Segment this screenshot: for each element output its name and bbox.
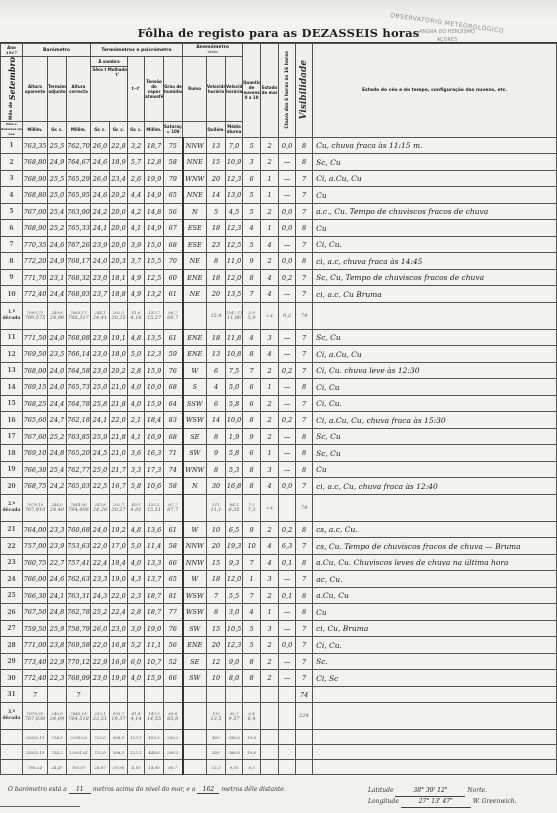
cell-diff: 4,0	[128, 379, 145, 396]
table-row: 1763,3525,5762,7026,022,83,218,775NNW137…	[1, 137, 557, 154]
cell-vel: 14	[207, 412, 226, 429]
barometer-altitude: 11	[69, 786, 91, 794]
table-row: 2768,8024,9764,6724,618,95,712,858NNE151…	[1, 154, 557, 171]
cell-rumo: WSW	[183, 604, 207, 621]
cell-vis: 7	[296, 653, 313, 670]
cell-vel2: 8,0	[226, 670, 243, 687]
cell-nuv: 8	[243, 346, 261, 363]
cell-chuva: 0,1	[279, 587, 296, 604]
monthly-seco: 24,07	[91, 760, 110, 775]
cell-seco: 23,9	[91, 329, 110, 346]
cell-vel: 15	[207, 620, 226, 637]
cell-diff: 2,3	[128, 587, 145, 604]
cell-rumo: ESE	[183, 220, 207, 237]
cell-tensao: 15,9	[145, 670, 164, 687]
cell-vel2: 7,5	[226, 362, 243, 379]
cell-alt-cor: 768,93	[67, 286, 91, 303]
cloud-amount-header: Quantidade de nuvens 0 a 10	[243, 44, 261, 138]
cell-nuv: 6	[243, 395, 261, 412]
decade-mean: 764,406	[67, 507, 90, 513]
cell-nuv	[243, 686, 261, 703]
cell-tensao: 14,9	[145, 187, 164, 204]
cell-tensao: 15,5	[145, 253, 164, 270]
decade-rumo	[183, 302, 207, 329]
cell-mar: 1	[261, 187, 279, 204]
cell-seco: 25,2	[91, 604, 110, 621]
cell-nuv: 8	[243, 653, 261, 670]
cell-rumo: ENE	[183, 637, 207, 654]
cell-vis: 7	[296, 412, 313, 429]
cell-grau: 56	[164, 203, 183, 220]
cell-term: 24,0	[48, 379, 67, 396]
cell-diff: 4,9	[128, 286, 145, 303]
cell-alt-cor: 770,12	[67, 653, 91, 670]
cell-chuva: —	[279, 461, 296, 478]
decade-summary-row: 1.ª década7695,75769,575249,624,967663,1…	[1, 302, 557, 329]
anemometer-header: AnemómetroVento	[183, 44, 243, 57]
table-row: 28771,0023,8769,5822,016,85,211,156ENE20…	[1, 637, 557, 654]
sky-observation: Cu	[313, 604, 557, 621]
day-number: 8	[1, 253, 23, 270]
cell-mar: 2	[261, 203, 279, 220]
sky-observation: Sc, Cu	[313, 329, 557, 346]
unit-grc: Gr. c.	[91, 121, 110, 137]
cell-seco: 22,0	[91, 637, 110, 654]
cell-chuva: 0,0	[279, 253, 296, 270]
cell-mar: 3	[261, 620, 279, 637]
day-number: 27	[1, 620, 23, 637]
cell-chuva: —	[279, 329, 296, 346]
cell-seco: 23,0	[91, 346, 110, 363]
decade-term: 240,924,09	[48, 703, 67, 730]
sky-observation: Ci, Cu.	[313, 395, 557, 412]
days-label: Dias e Resumos da Lua	[1, 121, 23, 137]
cell-tensao: 10,6	[145, 478, 164, 495]
footer-rule	[0, 806, 80, 807]
cell-nuv: 1	[243, 571, 261, 588]
decade-mean: 4,14	[128, 716, 144, 722]
cell-seco: 22,5	[91, 478, 110, 495]
cell-seco: 22,0	[91, 538, 110, 555]
cell-nuv: 9	[243, 428, 261, 445]
decade-mean: 15,51	[145, 507, 163, 513]
table-row: 23760,7522,7757,4122,418,44,013,366NNW15…	[1, 554, 557, 571]
unit-millim: Millim.	[23, 121, 48, 137]
cell-molh: 20,2	[110, 362, 128, 379]
cell-chuva: —	[279, 395, 296, 412]
cell-term: 22,9	[48, 653, 67, 670]
cell-diff: 3,7	[128, 253, 145, 270]
table-row: 25766,3024,1763,3124,322,02,318,781WSW75…	[1, 587, 557, 604]
day-number: 1	[1, 137, 23, 154]
cell-vel: 20	[207, 286, 226, 303]
cell-mar: 4	[261, 554, 279, 571]
cell-alt-cor: 762,78	[67, 604, 91, 621]
cell-vel	[207, 686, 226, 703]
cell-diff: 4,8	[128, 329, 145, 346]
decade-notes	[313, 302, 557, 329]
cell-mar: 3	[261, 571, 279, 588]
cell-tensao: 18,7	[145, 604, 164, 621]
monthly-seco: 722,0	[91, 745, 110, 760]
cell-term: 24,0	[48, 362, 67, 379]
cell-diff: 3,6	[128, 445, 145, 462]
cell-chuva: —	[279, 170, 296, 187]
month-cell: Mês de Setembro	[1, 57, 23, 122]
decade-alt-ap: 7679,10767,910	[23, 494, 48, 521]
table-row: 21764,0023,3760,6824,019,24,813,661W106,…	[1, 521, 557, 538]
cell-grau: 52	[164, 653, 183, 670]
cell-alt-ap: 772,40	[23, 670, 48, 687]
cell-tensao: 14,8	[145, 203, 164, 220]
cell-mar: 2	[261, 137, 279, 154]
cell-grau: 77	[164, 604, 183, 621]
cell-term: 24,9	[48, 253, 67, 270]
cell-vel2: 12,5	[226, 236, 243, 253]
cell-chuva: 0,0	[279, 637, 296, 654]
cell-chuva: 0,2	[279, 269, 296, 286]
decade-mean: 19,37	[110, 716, 127, 722]
cell-mar: 4	[261, 478, 279, 495]
decade-molh: 193,719,37	[110, 703, 128, 730]
cell-vel2: 9,3	[226, 554, 243, 571]
day-number: 29	[1, 653, 23, 670]
unit-grc: Gr. c.	[128, 121, 145, 137]
cell-diff: 3,0	[128, 620, 145, 637]
cell-alt-cor: 762,18	[67, 412, 91, 429]
cell-term: 24,2	[48, 478, 67, 495]
cell-alt-ap: 769,10	[23, 445, 48, 462]
cell-vel2: 11,8	[226, 329, 243, 346]
cell-molh: 19,1	[110, 329, 128, 346]
decade-grau: 65,865,8	[164, 703, 183, 730]
cell-molh: 20,0	[110, 203, 128, 220]
cell-seco: 24,3	[91, 587, 110, 604]
decade-alt-cor: 7663,17766,317	[67, 302, 91, 329]
decade-mar: 2,4	[261, 302, 279, 329]
cell-alt-cor: 765,73	[67, 379, 91, 396]
cell-diff: 5,2	[128, 637, 145, 654]
cell-vel: 18	[207, 220, 226, 237]
day-number: 11	[1, 329, 23, 346]
cell-term: 25,2	[48, 220, 67, 237]
cell-grau: 75	[164, 137, 183, 154]
table-row: 15768,2524,4764,7825,821,84,015,964SSW65…	[1, 395, 557, 412]
decade-alt-cor: 7644,06764,406	[67, 494, 91, 521]
cell-seco: 23,3	[91, 571, 110, 588]
cell-vis: 7	[296, 236, 313, 253]
cell-mar: 1	[261, 170, 279, 187]
table-row: 3768,9025,5765,2926,023,42,619,979WNW201…	[1, 170, 557, 187]
cell-alt-cor: 765,29	[67, 170, 91, 187]
decade-diff: 41,64,16	[128, 302, 145, 329]
day-number: 31	[1, 686, 23, 703]
cell-molh: 17,0	[110, 538, 128, 555]
decade-mean: 20,27	[110, 507, 127, 513]
cell-tensao: 13,2	[145, 286, 164, 303]
cell-term	[48, 686, 67, 703]
table-row: 18769,1024,8765,2024,521,03,616,371SW95,…	[1, 445, 557, 462]
cell-term: 25,4	[48, 461, 67, 478]
cell-grau: 61	[164, 286, 183, 303]
cell-nuv: 4	[243, 604, 261, 621]
monthly-summary-row: 768,2424,47765,0724,0719,964,1014,9566,7…	[1, 760, 557, 775]
register-table: Ano 1917 Barómetro Termómetros e psicróm…	[0, 43, 557, 775]
cell-term: 23,8	[48, 637, 67, 654]
cell-alt-cor: 763,85	[67, 428, 91, 445]
cell-tensao: 16,9	[145, 428, 164, 445]
day-number: 3	[1, 170, 23, 187]
title-hours: DEZASSEIS	[302, 26, 379, 40]
cell-vel2: 16,8	[226, 478, 243, 495]
cell-diff: 5,8	[128, 478, 145, 495]
title-prefix: Fôlha de registo para as	[138, 26, 298, 40]
monthly-vel: 13,3	[207, 760, 226, 775]
decade-chuva	[279, 494, 296, 521]
decade-vis: 74	[296, 494, 313, 521]
cell-grau: 68	[164, 428, 183, 445]
cell-chuva: 0,0	[279, 137, 296, 154]
cell-molh: 18,1	[110, 269, 128, 286]
cell-grau: 74	[164, 461, 183, 478]
cell-alt-cor: 764,67	[67, 154, 91, 171]
cell-vis: 8	[296, 521, 313, 538]
cell-grau: 81	[164, 587, 183, 604]
cell-vis: 7	[296, 203, 313, 220]
cell-alt-ap: 767,50	[23, 604, 48, 621]
cell-diff: 4,4	[128, 187, 145, 204]
cell-vis: 7	[296, 286, 313, 303]
cell-molh	[110, 686, 128, 703]
cell-molh: 21,8	[110, 428, 128, 445]
unit-mean: Média diurna	[226, 121, 243, 137]
decade-mean: 23,51	[91, 716, 109, 722]
cell-seco: 26,0	[91, 137, 110, 154]
sky-observation: a.Cu, Cu. Chuviscos leves de chuva na úl…	[313, 554, 557, 571]
cell-molh: 20,3	[110, 253, 128, 270]
cell-grau: 76	[164, 362, 183, 379]
decade-sum: 2,4	[261, 313, 278, 318]
monthly-grau: 200,2	[164, 745, 183, 760]
cell-rumo: SSW	[183, 395, 207, 412]
cell-vis: 7	[296, 571, 313, 588]
cell-vis: 8	[296, 461, 313, 478]
cell-mar: 4	[261, 269, 279, 286]
cell-vel2: 12,0	[226, 571, 243, 588]
sky-observation: Ci, a.Cu, Cu	[313, 346, 557, 363]
cell-tensao: 12,5	[145, 269, 164, 286]
cell-rumo: WSW	[183, 587, 207, 604]
day-number: 16	[1, 412, 23, 429]
monthly-nuv: 19,6	[243, 745, 261, 760]
table-row: 6768,9025,2765,3324,120,04,114,967ESE181…	[1, 220, 557, 237]
decade-mean: 224	[296, 713, 312, 719]
decade-term: 244,024,40	[48, 494, 67, 521]
cell-vis: 8	[296, 554, 313, 571]
humidity-header: Grau de humidade	[164, 57, 183, 122]
cell-chuva: —	[279, 670, 296, 687]
cell-nuv: 6	[243, 379, 261, 396]
decade-vel2: 84,18,35	[226, 494, 243, 521]
wind-speed-mean-header: Velocidade horária	[226, 57, 243, 122]
cell-tensao: 17,3	[145, 461, 164, 478]
monthly-vis	[296, 745, 313, 760]
cell-molh: 21,0	[110, 445, 128, 462]
cell-mar: 1	[261, 220, 279, 237]
cell-vel2: 6,5	[226, 521, 243, 538]
monthly-diff: 4,10	[128, 760, 145, 775]
cell-chuva: —	[279, 445, 296, 462]
cell-term: 25,9	[48, 620, 67, 637]
sky-observation: Ci, Cu. chuva leve às 12:30	[313, 362, 557, 379]
cell-term: 23,1	[48, 269, 67, 286]
cell-grau: 79	[164, 170, 183, 187]
cell-vis: 8	[296, 137, 313, 154]
sky-observation: Cu	[313, 187, 557, 204]
cell-chuva: —	[279, 620, 296, 637]
cell-alt-cor: 766,14	[67, 346, 91, 363]
day-number: 4	[1, 187, 23, 204]
table-row: 10772,4024,4768,9323,718,84,913,261NE201…	[1, 286, 557, 303]
cell-vis: 7	[296, 269, 313, 286]
table-row: 16765,6024,7762,1824,122,02,118,483WSW14…	[1, 412, 557, 429]
cell-grau: 65	[164, 571, 183, 588]
day-number: 17	[1, 428, 23, 445]
decade-vel: 13513,5	[207, 703, 226, 730]
sky-observation: a.c., Cu. Tempo de chuviscos fracos de c…	[313, 203, 557, 220]
cell-mar: 2	[261, 395, 279, 412]
cell-alt-cor: 760,68	[67, 521, 91, 538]
decade-mean: 767,830	[23, 716, 47, 722]
cell-diff: 6,0	[128, 653, 145, 670]
cell-tensao: 16,3	[145, 445, 164, 462]
cell-tensao: 18,7	[145, 137, 164, 154]
cell-seco: 25,8	[91, 395, 110, 412]
cell-chuva: —	[279, 604, 296, 621]
rain-header: Chuva das 6 horas às 16 horas	[279, 44, 296, 138]
cell-diff: 3,3	[128, 461, 145, 478]
cell-vel: 6	[207, 395, 226, 412]
decade-mean: 20,25	[110, 315, 127, 321]
cell-term: 24,8	[48, 445, 67, 462]
monthly-vis	[296, 760, 313, 775]
cell-vel: 20	[207, 637, 226, 654]
cell-seco: 25,0	[91, 461, 110, 478]
sky-observation: Sc, Cu	[313, 445, 557, 462]
monthly-term: 24,47	[48, 760, 67, 775]
cell-term: 25,5	[48, 137, 67, 154]
monthly-vel: 400	[207, 730, 226, 745]
monthly-notes	[313, 730, 557, 745]
cell-molh: 18,9	[110, 154, 128, 171]
observatory-stamp: OBSERVATÓRIO METEOROLÓGICO ANGRA DO HERO…	[372, 20, 522, 44]
cell-seco: 24,6	[91, 187, 110, 204]
cell-diff: 4,0	[128, 554, 145, 571]
cell-grau: 70	[164, 253, 183, 270]
cell-alt-ap: 771,70	[23, 269, 48, 286]
monthly-label	[1, 760, 23, 775]
cell-chuva: —	[279, 286, 296, 303]
cell-rumo: NNW	[183, 137, 207, 154]
cell-grau: 58	[164, 154, 183, 171]
attached-thermometer-header: Termómetro adjunto	[48, 57, 67, 122]
monthly-term: 734,2	[48, 745, 67, 760]
cell-diff: 2,8	[128, 604, 145, 621]
cell-grau: 58	[164, 478, 183, 495]
cell-rumo: N	[183, 478, 207, 495]
cell-seco: 22,9	[91, 653, 110, 670]
cell-rumo: WSW	[183, 412, 207, 429]
visibility-header: Visibilidade	[296, 44, 313, 138]
table-row: 17767,6025,2763,8525,921,84,116,968SE81,…	[1, 428, 557, 445]
cell-vel: 18	[207, 329, 226, 346]
decade-tensao: 152,715,27	[145, 302, 164, 329]
cell-mar: 2	[261, 587, 279, 604]
day-number: 14	[1, 379, 23, 396]
sea-state-header: Estado do mar	[261, 44, 279, 138]
decade-vel: 11111,1	[207, 494, 226, 521]
decade-summary-row: 3.ª década7678,30767,830240,924,097645,1…	[1, 703, 557, 730]
cell-alt-cor: 758,79	[67, 620, 91, 637]
cell-mar: 1	[261, 445, 279, 462]
decade-mean: 767,910	[23, 507, 47, 513]
cell-vel: 10	[207, 521, 226, 538]
monthly-tensao: 453,3	[145, 730, 164, 745]
monthly-molh: 19,96	[110, 760, 128, 775]
sky-observation	[313, 686, 557, 703]
decade-mean: 5,9	[243, 315, 260, 321]
cell-chuva: 0,2	[279, 412, 296, 429]
cell-nuv: 7	[243, 362, 261, 379]
cell-vis: 8	[296, 445, 313, 462]
wind-speed-header: Velocidade horária	[207, 57, 226, 122]
sky-observation: cs, a.c, Cu.	[313, 521, 557, 538]
day-number: 22	[1, 538, 23, 555]
cell-diff: 4,1	[128, 428, 145, 445]
cell-term: 23,5	[48, 346, 67, 363]
cell-nuv: 5	[243, 620, 261, 637]
cell-mar: 4	[261, 346, 279, 363]
cell-diff: 4,0	[128, 670, 145, 687]
cell-chuva: —	[279, 379, 296, 396]
decade-mean: 67,7	[164, 507, 182, 513]
cell-chuva: —	[279, 187, 296, 204]
table-row: 27759,5025,9758,7926,023,03,019,076SW151…	[1, 620, 557, 637]
monthly-alt-ap: 23052,15	[23, 730, 48, 745]
cell-term: 24,0	[48, 329, 67, 346]
monthly-nuv: 19,6	[243, 730, 261, 745]
monthly-label	[1, 730, 23, 745]
cell-alt-cor: 763,31	[67, 587, 91, 604]
cell-alt-ap: 771,00	[23, 637, 48, 654]
cell-mar: 4	[261, 538, 279, 555]
cell-alt-cor: 769,58	[67, 637, 91, 654]
cell-nuv: 9	[243, 521, 261, 538]
sky-observation: cs, Cu. Tempo de chuviscos fracos de chu…	[313, 538, 557, 555]
cell-vel: 13	[207, 346, 226, 363]
cell-chuva	[279, 686, 296, 703]
cell-rumo: ESE	[183, 236, 207, 253]
cell-diff: 3,9	[128, 236, 145, 253]
cell-vel2: 5,8	[226, 445, 243, 462]
day-number: 28	[1, 637, 23, 654]
day-number: 7	[1, 236, 23, 253]
cell-molh: 20,0	[110, 236, 128, 253]
cell-mar: 4	[261, 236, 279, 253]
cell-vel: 4	[207, 379, 226, 396]
register-sheet: Fôlha de registo para as DEZASSEIS horas…	[0, 0, 557, 813]
cell-vis: 7	[296, 670, 313, 687]
